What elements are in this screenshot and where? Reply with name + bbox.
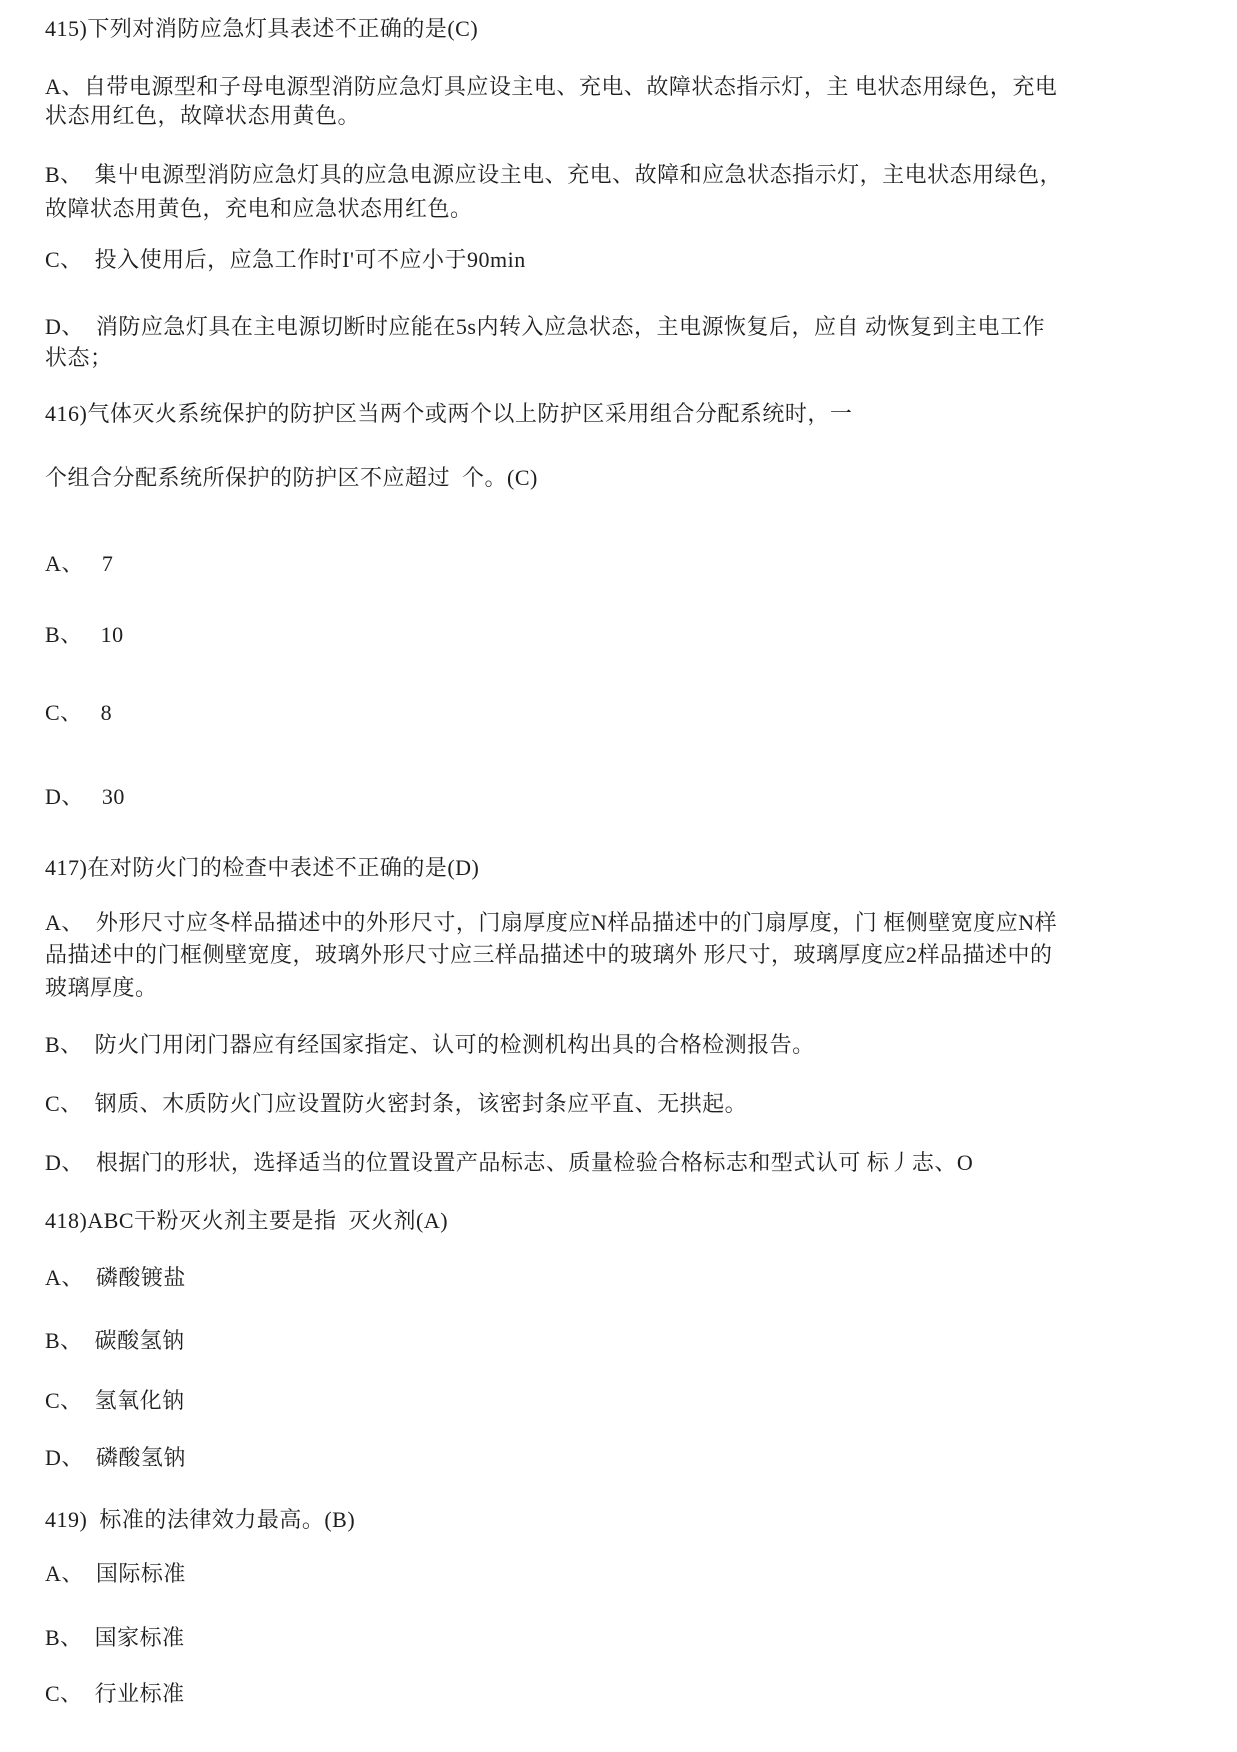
question-415-option-b-line-2: 故障状态用黄色，充电和应急状态用红色。 — [45, 194, 1197, 224]
question-417-option-b: B、 防火门用闭门器应有经国家指定、认可的检测机构出具的合格检测报告。 — [45, 1030, 1197, 1060]
question-417-option-a-line-1: A、 外形尺寸应冬样品描述中的外形尺寸，门扇厚度应N样品描述中的门扇厚度，门 框… — [45, 908, 1197, 938]
question-419-option-c: C、 行业标准 — [45, 1679, 1197, 1709]
question-416-stem-line-1: 416)气体灭火系统保护的防护区当两个或两个以上防护区采用组合分配系统时，一 — [45, 399, 1197, 429]
question-415-option-a-line-1: A、自带电源型和子母电源型消防应急灯具应设主电、充电、故障状态指示灯，主 电状态… — [45, 72, 1197, 102]
question-415-option-d-line-1: D、 消防应急灯具在主电源切断时应能在5s内转入应急状态，主电源恢复后，应自 动… — [45, 312, 1197, 342]
question-419-option-b: B、 国家标准 — [45, 1623, 1197, 1653]
question-417-option-a-line-3: 玻璃厚度。 — [45, 973, 1197, 1003]
question-416-option-a: A、 7 — [45, 549, 1197, 579]
question-418-option-d: D、 磷酸氢钠 — [45, 1443, 1197, 1473]
question-416-option-b: B、 10 — [45, 620, 1197, 650]
question-415-option-c: C、 投入使用后，应急工作时I'可不应小于90min — [45, 245, 1197, 275]
question-418-option-c: C、 氢氧化钠 — [45, 1386, 1197, 1416]
question-418-option-b: B、 碳酸氢钠 — [45, 1326, 1197, 1356]
question-415-option-d-line-2: 状态； — [45, 343, 1197, 373]
question-419-option-a: A、 国际标准 — [45, 1559, 1197, 1589]
question-415-option-a-line-2: 状态用红色，故障状态用黄色。 — [45, 101, 1197, 131]
question-416-option-d: D、 30 — [45, 782, 1197, 812]
question-417-option-a-line-2: 品描述中的门框侧壁宽度，玻璃外形尺寸应三样品描述中的玻璃外 形尺寸，玻璃厚度应2… — [45, 940, 1197, 970]
question-417-option-c: C、 钢质、木质防火门应设置防火密封条，该密封条应平直、无拱起。 — [45, 1089, 1197, 1119]
question-415-option-b-line-1: B、 集屮电源型消防应急灯具的应急电源应设主电、充电、故障和应急状态指示灯，主电… — [45, 160, 1197, 190]
question-418-stem: 418)ABC干粉灭火剂主要是指 灭火剂(A) — [45, 1206, 1197, 1236]
question-416-option-c: C、 8 — [45, 698, 1197, 728]
question-417-stem: 417)在对防火门的检查中表述不正确的是(D) — [45, 853, 1197, 883]
document-page: 415)下列对消防应急灯具表述不正确的是(C) A、自带电源型和子母电源型消防应… — [0, 0, 1237, 1752]
question-419-stem: 419) 标准的法律效力最高。(B) — [45, 1505, 1197, 1535]
question-416-stem-line-2: 个组合分配系统所保护的防护区不应超过 个。(C) — [45, 463, 1197, 493]
question-418-option-a: A、 磷酸镀盐 — [45, 1263, 1197, 1293]
question-417-option-d: D、 根据门的形状，选择适当的位置设置产品标志、质量检验合格标志和型式认可 标丿… — [45, 1148, 1197, 1178]
question-415-stem: 415)下列对消防应急灯具表述不正确的是(C) — [45, 14, 1197, 44]
